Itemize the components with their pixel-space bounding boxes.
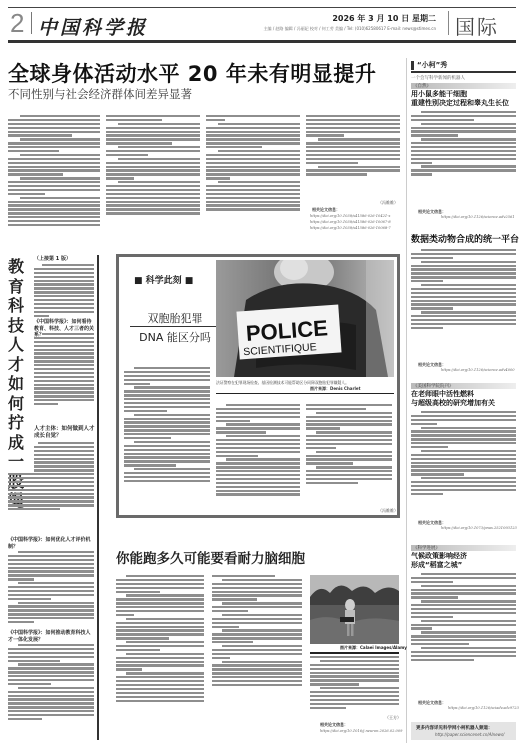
runner-photo-credit: 图片来源：Calaei Images/Alamy (340, 645, 407, 651)
running-end-tag: （王方） (385, 715, 401, 721)
science-body-column-3 (306, 404, 392, 486)
sidebar-item-headline: 数据类动物合成的统一平台 (411, 232, 519, 245)
science-title-line2: DNA 能区分吗 (130, 329, 220, 345)
left-body (8, 644, 94, 722)
sidebar-title: “小柯”秀 (417, 60, 447, 70)
sidebar-item-body (411, 249, 516, 331)
left-question: 《中国科学报》：如何优化人才评价机制？ (8, 537, 94, 550)
left-body (34, 333, 94, 407)
police-photo: POLICE SCIENTIFIQUE (216, 260, 394, 377)
sidebar-item-body (411, 411, 516, 497)
science-end-tag: （冯维维） (378, 508, 398, 514)
sidebar-title-marker (411, 61, 414, 70)
left-column-divider (97, 255, 99, 740)
section-name: 国际 (455, 11, 499, 40)
masthead-top-rule (8, 7, 516, 8)
lead-source-urls: https://doi.org/10.1038/s41586-026-10421… (310, 213, 391, 231)
sidebar-item-url[interactable]: https://doi.org/10.1126/science.adv2561 (441, 215, 515, 219)
lead-body-column-1 (8, 115, 100, 228)
lead-body-column-2 (106, 115, 200, 216)
sidebar-item-body (411, 573, 516, 662)
caption-rule (310, 652, 399, 654)
lead-body-column-3 (206, 115, 300, 212)
sidebar-item-kicker: 《自然》 (411, 83, 516, 89)
sidebar-item-body (411, 111, 516, 177)
source-url[interactable]: https://doi.org/10.1038/s41586-026-10068… (310, 225, 391, 231)
science-title-rule (130, 326, 218, 327)
running-source-label: 相关论文信息： (320, 722, 348, 728)
science-body-column-1 (124, 367, 210, 484)
lead-subhead: 不同性别与社会经济群体间差异显著 (8, 86, 192, 102)
police-officer-illustration: POLICE SCIENTIFIQUE (216, 260, 394, 377)
left-body-top (34, 264, 94, 318)
left-body (8, 442, 94, 512)
runner-in-field-illustration (310, 575, 399, 644)
running-source-url[interactable]: https://doi.org/10.1016/j.neuron.2026.02… (320, 729, 402, 733)
runner-photo (310, 575, 399, 644)
running-body-column-2 (212, 575, 302, 688)
sidebar-footer-link[interactable]: http://paper.sciencenet.cn/AInews/ (435, 732, 504, 737)
sidebar-item-url[interactable]: https://doi.org/10.1126/science.adv4000 (441, 368, 515, 372)
science-title-line1: 双胞胎犯罪 (133, 310, 217, 326)
running-headline: 你能跑多久可能要看耐力脑细胞 (116, 547, 305, 567)
sidebar-divider (406, 58, 407, 743)
lead-headline: 全球身体活动水平 20 年未有明显提升 (8, 58, 376, 88)
editorial-contacts: 主编 / 赵路 编辑 / 冯丽妃 校对 / 何工劳 美编 / Tel: (010… (264, 26, 436, 32)
sidebar-item-headline: 在老师眼中活性燃料 与超级高校的研究增加有关 (411, 390, 495, 408)
masthead-divider (448, 11, 449, 35)
running-body-column-1 (116, 575, 204, 703)
masthead-divider (31, 12, 32, 34)
sidebar-item-source-label: 相关论文信息： (418, 700, 446, 706)
lead-end-tag: （冯维维） (378, 200, 398, 206)
science-kicker: ■ 科学此刻 ■ (134, 273, 193, 286)
sidebar-item-kicker: 《科学进展》 (411, 545, 516, 551)
page-number: 2 (10, 10, 24, 36)
newspaper-logo: 中国科学报 (38, 13, 148, 40)
sidebar-item-url[interactable]: https://doi.org/10.1073/pnas.2521093123 (441, 526, 517, 530)
caption-rule (216, 393, 394, 394)
left-subhead: 人才主体：如何做到人才成长自觉？ (34, 426, 96, 439)
sidebar-item-headline: 用小鼠多能干细胞 重建性别决定过程和睾丸生长位 (411, 90, 509, 108)
police-photo-credit: 图片来源：Denis Charlet (310, 386, 360, 392)
police-photo-caption: 法证警察在犯罪现场检查。基因检测技术可能帮助区分同卵双胞胎犯罪嫌疑人。 (216, 380, 394, 386)
sidebar-tagline: 一个会写科学新闻的机器人 (411, 75, 465, 81)
masthead-bottom-rule (8, 40, 516, 43)
issue-date: 2026 年 3 月 10 日 星期二 (332, 13, 436, 24)
science-body-column-2 (216, 404, 300, 497)
sidebar-title-rule (411, 71, 516, 73)
sidebar-item-kicker: 《美国科学院院刊》 (411, 383, 516, 389)
left-byline: （上接第 1 版） (34, 256, 71, 263)
sidebar-item-headline: 气候政策影响经济 形成“稻富之城” (411, 552, 467, 570)
sidebar-footer-text: 更多内容详见科学网小柯机器人频道： (416, 725, 493, 731)
left-question: 《中国科学报》：如何推动教育科技人才一体化发展？ (8, 630, 94, 643)
sidebar-item-url[interactable]: https://doi.org/10.1126/sciadv.adz9723 (448, 706, 519, 710)
lead-body-column-4 (306, 115, 400, 177)
left-body (8, 551, 94, 625)
running-body-column-3 (310, 656, 399, 710)
